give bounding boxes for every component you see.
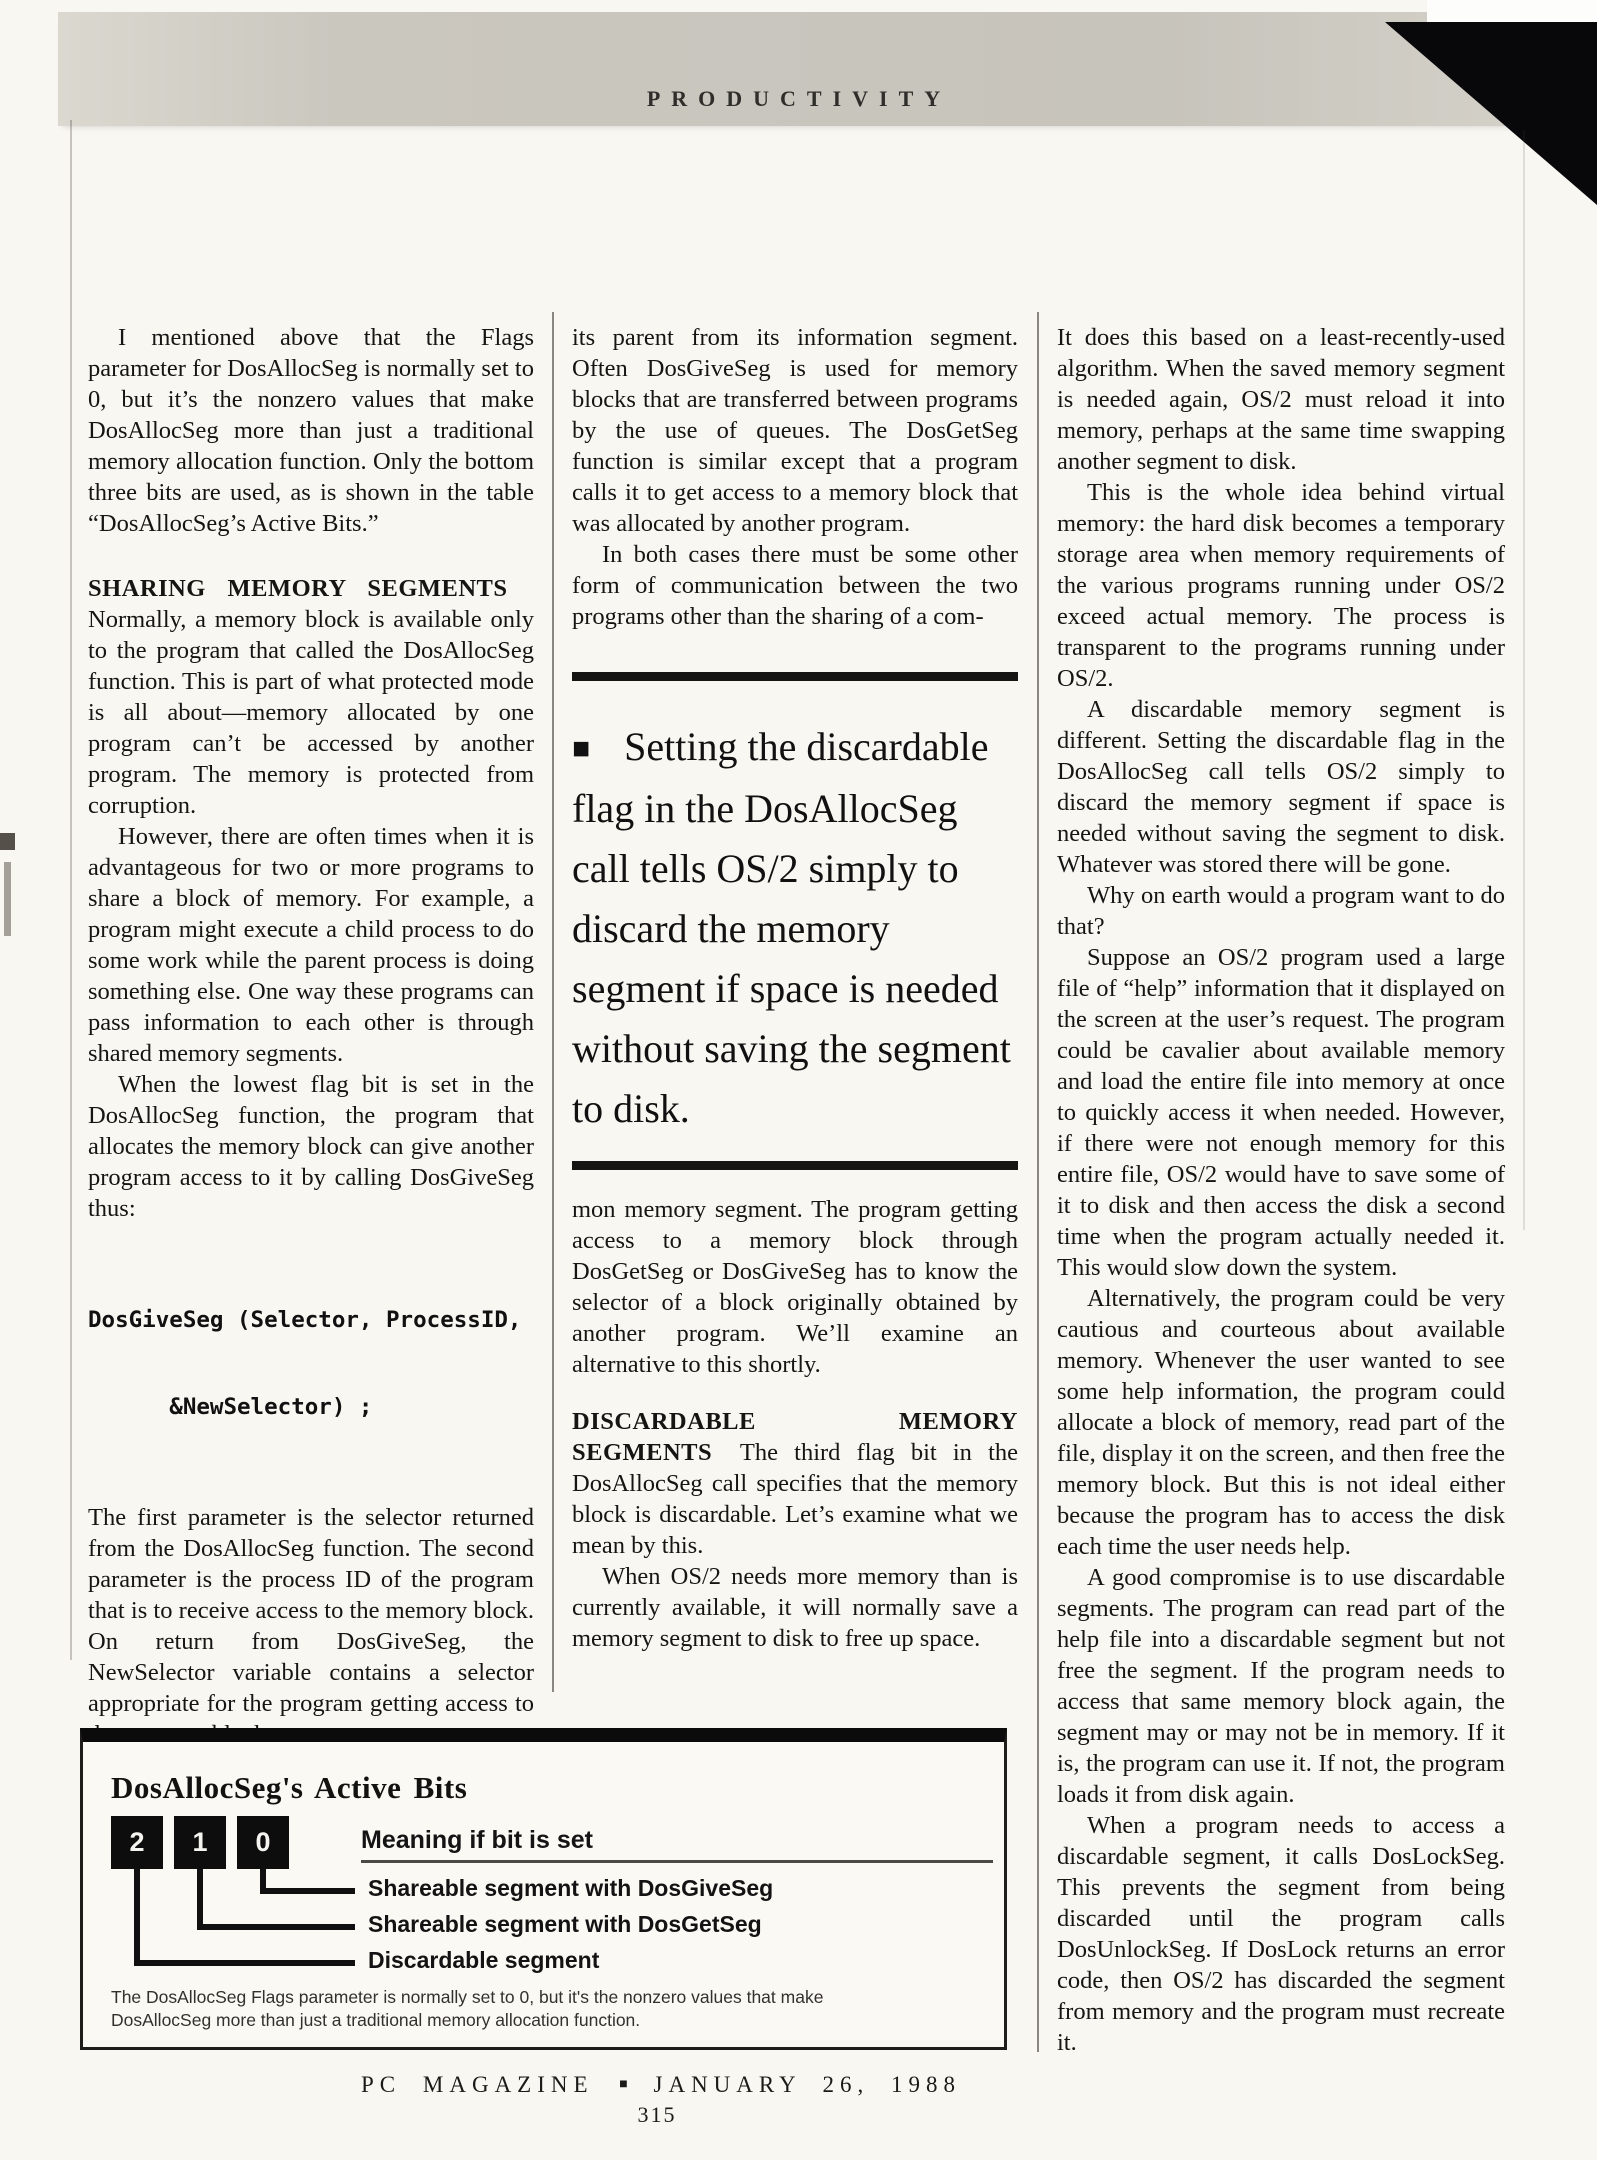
code-line: DosGiveSeg (Selector, ProcessID, [88, 1306, 534, 1335]
pull-quote-rule-bottom [572, 1161, 1018, 1170]
paragraph: When the lowest flag bit is set in the D… [88, 1069, 534, 1224]
code-line: &NewSelector) ; [88, 1393, 534, 1422]
magazine-page-scan: PRODUCTIVITY I mentioned above that the … [0, 0, 1597, 2160]
footer-date: JANUARY 26, 1988 [654, 2072, 961, 2097]
connector-line [197, 1869, 203, 1930]
page-fold-line [70, 120, 72, 1660]
paragraph: Why on earth would a program want to do … [1057, 880, 1505, 942]
connector-line [260, 1888, 355, 1894]
paragraph: The first parameter is the selector retu… [88, 1502, 534, 1750]
figure-header-rule [361, 1860, 993, 1863]
paragraph: It does this based on a least-recently-u… [1057, 322, 1505, 477]
pull-quote: ■ Setting the discardable flag in the Do… [572, 717, 1018, 1139]
figure-title: DosAllocSeg's Active Bits [111, 1770, 467, 1806]
paragraph: A good compromise is to use discardable … [1057, 1562, 1505, 1810]
binding-mark [0, 833, 15, 850]
section-heading-sharing: SHARING MEMORY SEGMENTS [88, 573, 534, 604]
code-snippet: DosGiveSeg (Selector, ProcessID, &NewSel… [88, 1248, 534, 1480]
column-rule-1 [552, 312, 554, 1692]
figure-active-bits: DosAllocSeg's Active Bits 2 1 0 Meaning … [80, 1728, 1007, 2050]
page-corner-notch [1427, 0, 1597, 24]
bit-meaning-label: Discardable segment [368, 1948, 599, 1972]
paragraph: mon memory segment. The program getting … [572, 1194, 1018, 1380]
page-edge-line [1523, 130, 1525, 1230]
bit-box-0: 0 [237, 1816, 289, 1869]
footer-magazine: PC MAGAZINE [361, 2072, 594, 2097]
column-rule-2 [1037, 312, 1039, 2052]
connector-line [134, 1869, 140, 1966]
paragraph: When a program needs to access a discard… [1057, 1810, 1505, 2058]
footer-separator-icon: ■ [615, 2077, 631, 2092]
pull-quote-rule-top [572, 672, 1018, 681]
paragraph: Alternatively, the program could be very… [1057, 1283, 1505, 1562]
paragraph: Suppose an OS/2 program used a large fil… [1057, 942, 1505, 1283]
bit-box-2: 2 [111, 1816, 163, 1869]
connector-line [197, 1924, 355, 1930]
pull-quote-text: Setting the discardable flag in the DosA… [572, 724, 1011, 1131]
article-column-2: its parent from its information segment.… [572, 322, 1018, 1654]
paragraph: Normally, a memory block is available on… [88, 604, 534, 821]
article-column-3: It does this based on a least-recently-u… [1057, 322, 1505, 2058]
bit-meaning-label: Shareable segment with DosGiveSeg [368, 1876, 773, 1900]
binding-mark [4, 862, 11, 936]
pull-quote-bullet-icon: ■ [572, 732, 590, 765]
paragraph: When OS/2 needs more memory than is curr… [572, 1561, 1018, 1654]
section-label: PRODUCTIVITY [647, 86, 951, 112]
paragraph: In both cases there must be some other f… [572, 539, 1018, 632]
paragraph: its parent from its information segment.… [572, 322, 1018, 539]
paragraph: However, there are often times when it i… [88, 821, 534, 1069]
bit-box-1: 1 [174, 1816, 226, 1869]
bit-meaning-label: Shareable segment with DosGetSeg [368, 1912, 762, 1936]
article-column-1: I mentioned above that the Flags paramet… [88, 322, 534, 1874]
figure-column-header: Meaning if bit is set [361, 1826, 593, 1855]
paragraph: This is the whole idea behind virtual me… [1057, 477, 1505, 694]
paragraph: A discardable memory segment is differen… [1057, 694, 1505, 880]
connector-line [134, 1960, 355, 1966]
footer-line: PC MAGAZINE ■ JANUARY 26, 1988 [361, 2072, 961, 2098]
paragraph-discardable-heading: DISCARDABLE MEMORY SEGMENTS The third fl… [572, 1406, 1018, 1561]
paragraph: I mentioned above that the Flags paramet… [88, 322, 534, 539]
page-number: 315 [638, 2102, 677, 2128]
figure-caption: The DosAllocSeg Flags parameter is norma… [111, 1986, 911, 2032]
